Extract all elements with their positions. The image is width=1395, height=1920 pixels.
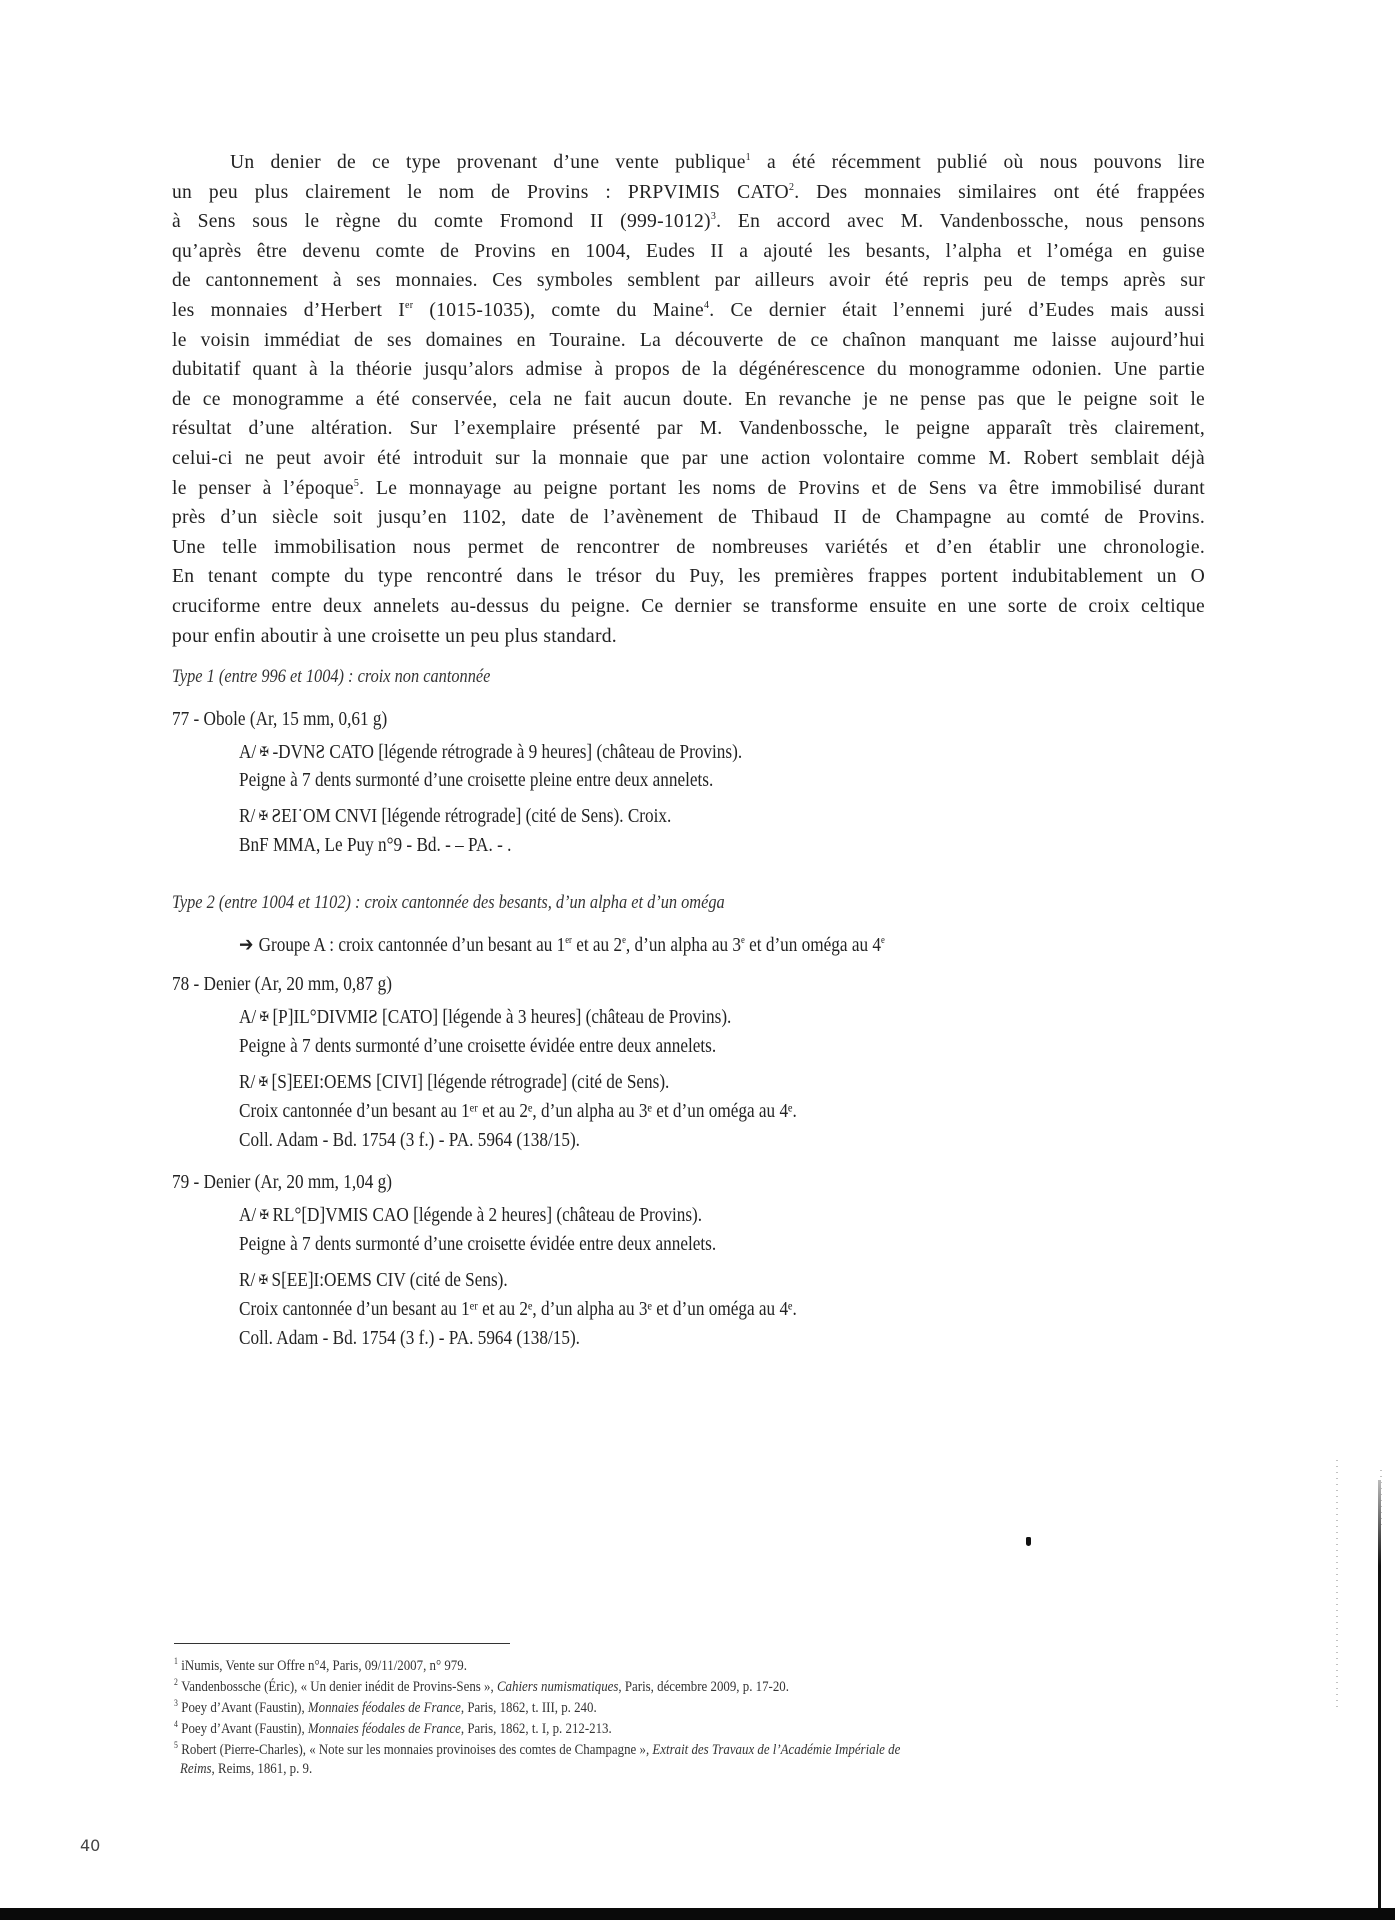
- scan-speck: [1026, 1537, 1031, 1546]
- type2-heading: Type 2 (entre 1004 et 1102) : croix cant…: [172, 892, 815, 914]
- entry-79-obverse: A/✠RL°[D]VMIS CAO [légende à 2 heures] (…: [239, 1204, 777, 1227]
- entry-78-obverse: A/✠[P]IL°DIVMIƧ [CATO] [légende à 3 heur…: [239, 1006, 812, 1029]
- entry-79-reverse: R/✠S[EE]I:OEMS CIV (cité de Sens).: [239, 1269, 551, 1292]
- scan-edge-bottom: [0, 1908, 1395, 1920]
- cross-pattee-icon: ✠: [260, 1010, 269, 1025]
- footnote-1: 1iNumis, Vente sur Offre n°4, Paris, 09/…: [174, 1656, 515, 1675]
- paragraph-line: à Sens sous le règne du comte Fromond II…: [172, 207, 1205, 237]
- cross-pattee-icon: ✠: [259, 1273, 268, 1288]
- scan-noise: [1336, 1460, 1338, 1710]
- type1-heading: Type 1 (entre 996 et 1004) : croix non c…: [172, 666, 542, 688]
- paragraph-line: celui-ci ne peut avoir été introduit sur…: [172, 444, 1205, 474]
- paragraph-line: un peu plus clairement le nom de Provins…: [172, 178, 1205, 208]
- document-page: Un denier de ce type provenant d’une ven…: [0, 0, 1395, 1920]
- entry-77-title: 77 - Obole (Ar, 15 mm, 0,61 g): [172, 708, 422, 731]
- arrow-right-icon: ➔: [239, 932, 253, 956]
- entry-79-reverse-desc: Croix cantonnée d’un besant au 1ᵉʳ et au…: [239, 1298, 888, 1321]
- scan-edge-right: [1378, 1480, 1381, 1910]
- footnote-5: 5Robert (Pierre-Charles), « Note sur les…: [174, 1740, 1019, 1759]
- paragraph-line: les monnaies d’Herbert Ier (1015-1035), …: [172, 296, 1205, 326]
- footnote-divider: [174, 1643, 510, 1644]
- entry-78-reverse: R/✠[S]EEI:OEMS [CIVI] [légende rétrograd…: [239, 1071, 739, 1094]
- entry-78-reverse-desc: Croix cantonnée d’un besant au 1ᵉʳ et au…: [239, 1100, 888, 1123]
- entry-77-obverse-desc: Peigne à 7 dents surmonté d’une croisett…: [239, 769, 790, 792]
- cross-pattee-icon: ✠: [260, 745, 269, 760]
- paragraph-line: le penser à l’époque5. Le monnayage au p…: [172, 474, 1205, 504]
- entry-78-obverse-desc: Peigne à 7 dents surmonté d’une croisett…: [239, 1035, 794, 1058]
- paragraph-line: Une telle immobilisation nous permet de …: [172, 533, 1205, 563]
- footnote-5-continued: Reims, Reims, 1861, p. 9.: [180, 1761, 334, 1778]
- paragraph-line: cruciforme entre deux annelets au-dessus…: [172, 592, 1205, 622]
- entry-79-obverse-desc: Peigne à 7 dents surmonté d’une croisett…: [239, 1233, 794, 1256]
- entry-79-reference: Coll. Adam - Bd. 1754 (3 f.) - PA. 5964 …: [239, 1327, 635, 1350]
- paragraph-line: qu’après être devenu comte de Provins en…: [172, 237, 1205, 267]
- group-a-line: ➔Groupe A : croix cantonnée d’un besant …: [239, 932, 990, 957]
- cross-pattee-icon: ✠: [260, 1208, 269, 1223]
- paragraph-line: pour enfin aboutir à une croisette un pe…: [172, 622, 1205, 652]
- cross-pattee-icon: ✠: [259, 1075, 268, 1090]
- entry-78-title: 78 - Denier (Ar, 20 mm, 0,87 g): [172, 973, 428, 996]
- cross-pattee-icon: ✠: [259, 809, 268, 824]
- page-number: 40: [80, 1836, 100, 1855]
- paragraph-line: près d’un siècle soit jusqu’en 1102, dat…: [172, 503, 1205, 533]
- paragraph-line: de cantonnement à ses monnaies. Ces symb…: [172, 266, 1205, 296]
- paragraph-line: de ce monogramme a été conservée, cela n…: [172, 385, 1205, 415]
- paragraph-line: dubitatif quant à la théorie jusqu’alors…: [172, 355, 1205, 385]
- footnote-3: 3Poey d’Avant (Faustin), Monnaies féodal…: [174, 1698, 665, 1717]
- paragraph-line: résultat d’une altération. Sur l’exempla…: [172, 414, 1205, 444]
- footnote-2: 2Vandenbossche (Éric), « Un denier inédi…: [174, 1677, 889, 1696]
- entry-77-reverse: R/✠ƧEI˙OM CNVI [légende rétrograde] (cit…: [239, 805, 742, 828]
- paragraph-line: En tenant compte du type rencontré dans …: [172, 562, 1205, 592]
- footnote-4: 4Poey d’Avant (Faustin), Monnaies féodal…: [174, 1719, 683, 1738]
- entry-79-title: 79 - Denier (Ar, 20 mm, 1,04 g): [172, 1171, 428, 1194]
- paragraph-line: Un denier de ce type provenant d’une ven…: [172, 148, 1205, 178]
- entry-77-obverse: A/✠-DVNƧ CATO [légende rétrograde à 9 he…: [239, 741, 824, 764]
- entry-77-reference: BnF MMA, Le Puy n°9 - Bd. - – PA. - .: [239, 834, 556, 857]
- paragraph-line: le voisin immédiat de ses domaines en To…: [172, 326, 1205, 356]
- body-paragraph: Un denier de ce type provenant d’une ven…: [172, 148, 1205, 651]
- entry-78-reference: Coll. Adam - Bd. 1754 (3 f.) - PA. 5964 …: [239, 1129, 635, 1152]
